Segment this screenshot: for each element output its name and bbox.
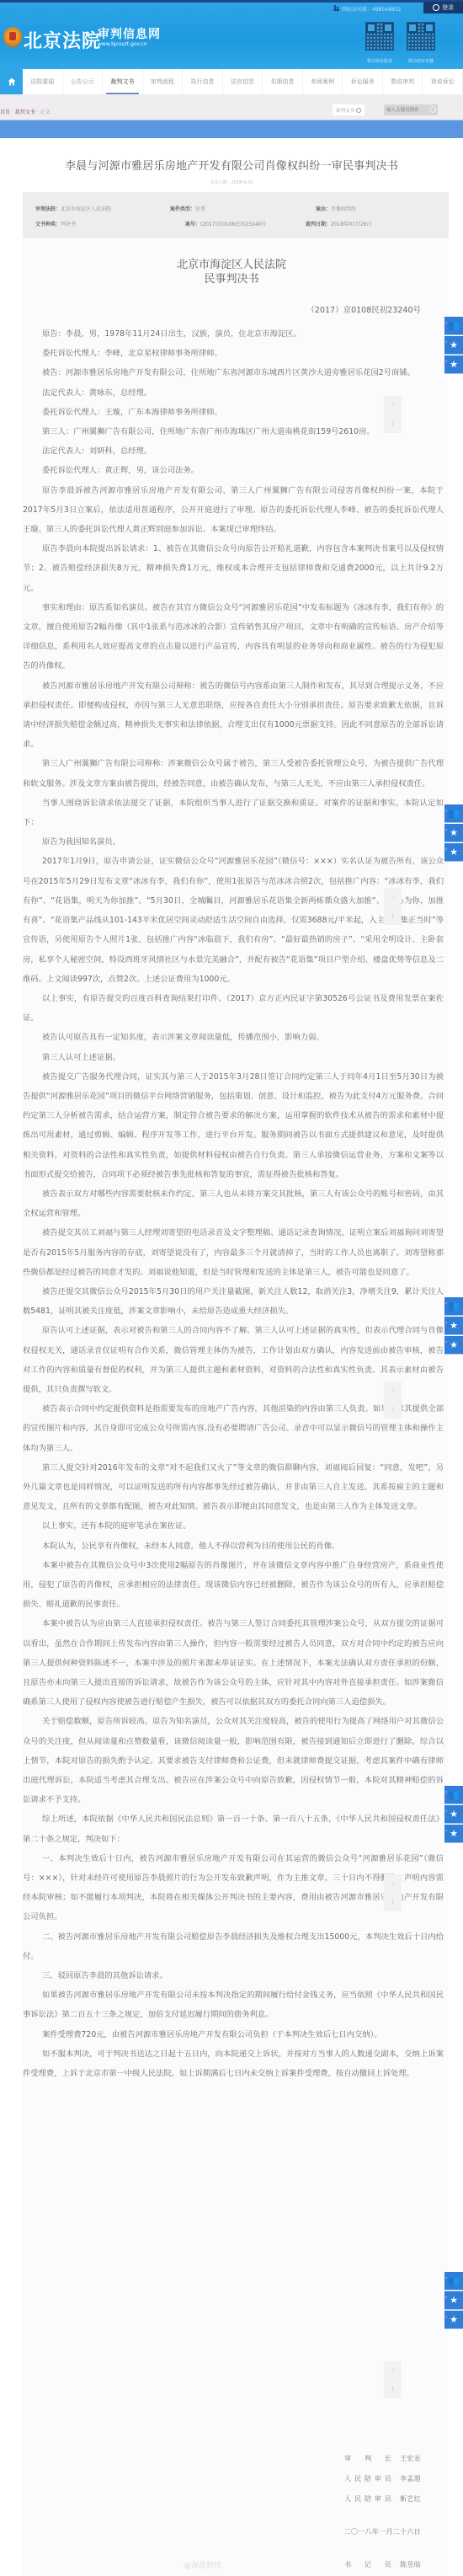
side-tab-favorite[interactable]: ★ (444, 336, 463, 355)
nav-item-video-litigation[interactable]: 视说诉讼 (423, 69, 463, 94)
paragraph-plaintiff-agent: 委托诉讼代理人：李峰，北京星权律师事务所律师。 (23, 344, 444, 363)
visit-count-text: 网站访问量：498548832 (342, 7, 401, 13)
paragraph: 原告为我国知名演员。 (23, 832, 444, 852)
nav-item-announcements[interactable]: 公告公示 (63, 69, 104, 94)
star-icon: ★ (450, 847, 458, 858)
user-group-icon: 👥 (448, 1301, 460, 1312)
site-logo-subtitle[interactable]: 审判信息网 www.bjcourt.gov.cn (98, 28, 161, 48)
paragraph: 第三人认可上述证据。 (23, 1048, 444, 1067)
star-icon: ★ (450, 339, 458, 350)
signature-juror-2: 人民陪审员靳艺红 (344, 2494, 421, 2504)
case-number: （2017）京0108民初23240号 (306, 303, 421, 315)
meta-label: 案由： (316, 206, 331, 212)
paragraph-third-party-agent: 委托诉讼代理人：黄正辉，男，该公司法务。 (23, 461, 444, 480)
paragraph-conclusion: 一、本判决生效后十日内，被告河源市雅居乐房地产开发有限公司在其运营的微信公众号“… (23, 1849, 444, 1927)
meta-label: 裁判日期： (306, 222, 331, 227)
signature-name: 靳艺红 (400, 2495, 421, 2503)
signature-role: 人民陪审员 (344, 2474, 391, 2483)
paragraph-defendant-rep: 法定代表人：黄咏东，总经理。 (23, 383, 444, 403)
user-group-icon: 👥 (448, 1789, 460, 1800)
star-icon: ★ (450, 1809, 458, 1820)
paragraph-defendant-agent: 委托诉讼代理人：王璇，广东本海律师事务所律师。 (23, 403, 444, 422)
star-icon: ★ (450, 1320, 458, 1331)
meta-label: 案件类型： (170, 206, 195, 212)
nav-item-litigation-services[interactable]: 诉讼服务 (343, 69, 383, 94)
meta-label: 文书种类： (35, 222, 61, 227)
side-tab-favorite[interactable]: ★ (444, 1805, 463, 1824)
qr-code-litigation[interactable] (365, 22, 394, 51)
paragraph: 2017年1月9日，原告申请公证，证实微信公众号“河源雅居乐花园”（微信号：××… (23, 852, 444, 988)
signature-date: 二〇一八年一月二十六日 (344, 2527, 421, 2536)
side-tab-favorite[interactable]: ★ (444, 824, 463, 842)
paragraph: 被告提交广告服务代理合同，证实其与第三人于2015年3月28日签订合同约定第三人… (23, 1067, 444, 1184)
meta-value: 2018年01月26日 (331, 222, 372, 227)
meta-label: 案号： (185, 222, 200, 227)
paragraph: 原告李晨诉被告河源市雅居乐房地产开发有限公司、第三人广州翼狮广告有限公司侵害肖像… (23, 481, 444, 540)
breadcrumb-judgments[interactable]: 裁判文书 (15, 110, 35, 115)
meta-case-type: 案件类型：民事 (170, 205, 205, 212)
meta-value: 判决书 (61, 222, 76, 227)
paragraph: 本案中被告认为应由第三人直接承担侵权责任。被告与第三人签订合同委托其管理涉案公众… (23, 1614, 444, 1712)
star-outline-icon[interactable]: ☆ (390, 1880, 395, 1887)
side-tab-favorite[interactable]: ★ (444, 355, 463, 374)
paragraph: 被告河源市雅居乐房地产开发有限公司辩称：被告的微信号内容系由第三人制作和发布，其… (23, 676, 444, 755)
star-icon: ★ (450, 827, 458, 838)
search-icon[interactable] (429, 106, 436, 113)
meta-value: 肖像权纠纷 (331, 206, 356, 212)
judgment-text: 原告：李晨，男，1978年11月24日出生，汉族，演员，住北京市海淀区。 委托诉… (23, 324, 444, 2083)
mini-toolbar: ☆⤓ (384, 1874, 402, 1911)
nav-item-trial-process[interactable]: 审判流程 (143, 69, 184, 94)
meta-label: 审理法院： (35, 206, 61, 212)
paragraph: 关于赔偿数额，原告所诉较高。原告为知名演员，公众对其关注度较高，被告的使用行为提… (23, 1712, 444, 1809)
side-tab-favorite[interactable]: ★ (444, 1825, 463, 1843)
qr-label-trial-live: 移动庭审直播 (400, 58, 442, 64)
user-group-icon: 👥 (448, 808, 460, 819)
search-category-select[interactable]: 裁判文书 (333, 104, 365, 115)
download-icon[interactable]: ⤓ (391, 1405, 394, 1413)
user-icon (433, 4, 439, 11)
signature-presiding-judge: 审判长王宏丞 (344, 2454, 421, 2463)
meta-doc-type: 文书种类：判决书 (35, 220, 76, 227)
meta-value: (2017)京0108民初23240号 (200, 222, 266, 227)
signature-role: 书记员 (344, 2560, 391, 2569)
paragraph: 本院认为，公民享有肖像权，未经本人同意，他人不得以营利为目的使用公民的肖像。 (23, 1537, 444, 1556)
nav-item-judges[interactable]: 法官信息 (223, 69, 263, 94)
main-nav: 法院要闻 公告公示 裁判文书 审判流程 执行信息 法官信息 名册信息 参阅案例 … (0, 69, 463, 94)
side-tab-user-group[interactable]: 👥 (444, 1786, 463, 1804)
nav-home-button[interactable] (0, 69, 23, 94)
side-tab-favorite[interactable]: ★ (444, 843, 463, 862)
download-icon[interactable]: ⤓ (391, 2385, 394, 2392)
paragraph: 被告认可原告具有一定知名度，表示涉案文章阅读量低，传播范围小，影响力弱。 (23, 1028, 444, 1047)
nav-item-court-news[interactable]: 法院要闻 (23, 69, 63, 94)
meta-cause: 案由：肖像权纠纷 (316, 205, 356, 212)
login-label: 登录 (442, 3, 454, 12)
side-tab-favorite[interactable]: ★ (444, 2311, 463, 2329)
paragraph: 以上事实，有原告提交的百度百科查询结果打印件、（2017）京方正内民证字第305… (23, 989, 444, 1028)
star-outline-icon[interactable]: ☆ (390, 402, 395, 409)
paragraph: 被告还提交其微信公众号2015年5月30日的用户关注量截图，新关注人数12，取消… (23, 1282, 444, 1321)
paragraph: 被告提交其员工刘福与第三人经理刘寄望的电话录音及文字整理稿、通话记录查询情况，证… (23, 1223, 444, 1282)
home-icon (8, 77, 16, 86)
doc-type-heading: 民事判决书 (0, 272, 463, 286)
verdict-item-1: 二、被告河源市雅居乐房地产开发有限公司赔偿原告李晨经济损失及维权合理支出1500… (23, 1927, 444, 1966)
star-icon: ★ (450, 359, 458, 370)
court-emblem-icon[interactable] (3, 27, 22, 47)
paragraph-third-party: 第三人：广州翼狮广告有限公司，住所地广东省广州市海珠区广州大道南桃花街159号2… (23, 422, 444, 441)
paragraph: 事实和理由：原告系知名演员。被告在其官方微信公众号“河源雅居乐花园”中发布标题为… (23, 598, 444, 676)
signature-name: 陈昱晗 (400, 2561, 421, 2568)
weibo-watermark: @深蓝财经 (184, 2559, 221, 2570)
paragraph: 综上所述，本院依据《中华人民共和国民法总则》第一百一十条、第一百八十五条，《中华… (23, 1809, 444, 1848)
paragraph: 以上事实，还有本院的庭审笔录在案佐证。 (23, 1516, 444, 1536)
signature-clerk: 书记员陈昱晗 (344, 2560, 421, 2569)
visit-counter: 网站访问量：498548832 (333, 5, 401, 13)
paragraph-defendant: 被告：河源市雅居乐房地产开发有限公司，住所地广东省河源市东城西片区黄沙大道旁雅居… (23, 363, 444, 382)
meta-case-no: 案号：(2017)京0108民初23240号 (185, 220, 266, 227)
signature-name: 李孟超 (400, 2475, 421, 2482)
logo-divider (91, 30, 92, 47)
meta-judgment-date: 裁判日期：2018年01月26日 (306, 220, 372, 227)
verdict-item-2: 三、驳回原告李晨的其他诉讼请求。 (23, 1966, 444, 1985)
star-outline-icon[interactable]: ☆ (390, 2367, 395, 2374)
document-title: 李晨与河源市雅居乐房地产开发有限公司肖像权纠纷一审民事判决书 (0, 157, 463, 173)
signature-role: 人民陪审员 (344, 2494, 391, 2504)
star-outline-icon[interactable]: ☆ (390, 894, 395, 901)
star-icon: ★ (450, 1339, 458, 1350)
side-tab-user-group[interactable]: 👥 (444, 317, 463, 335)
publish-date: 发布日期：2018-9-20 (0, 179, 463, 185)
search-category-label: 裁判文书 (336, 107, 354, 114)
paragraph: 本案中被告在其微信公众号中3次使用2幅原告的肖像图片，并在该微信文章内容中推广自… (23, 1556, 444, 1615)
nav-item-data-trials[interactable]: 数说审判 (383, 69, 423, 94)
side-tab-user-group[interactable]: 👥 (444, 804, 463, 823)
breadcrumb: 首页 · 裁判文书 · 正文 (0, 108, 51, 115)
mini-toolbar: ☆⤓ (384, 2361, 402, 2398)
mini-toolbar: ☆⤓ (384, 396, 402, 433)
nav-item-rosters[interactable]: 名册信息 (263, 69, 303, 94)
paragraph: 第三人提交针对2016年发布的文章“对不起我们又火了”等文章的微信群聊内容，刘福… (23, 1458, 444, 1517)
site-logo-title[interactable]: 北京法院 (24, 27, 101, 53)
meta-court: 审理法院：北京市海淀区人民法院 (35, 205, 111, 212)
breadcrumb-current: 正文 (40, 110, 51, 115)
section-banner (0, 120, 463, 138)
paragraph: 原告李晨向本院提出诉讼请求：1、被告在其微信公众号向原告公开赔礼道歉，内容包含本… (23, 539, 444, 598)
qr-code-trial-live[interactable] (407, 22, 435, 51)
side-tab-user-group[interactable]: 👥 (444, 1297, 463, 1316)
download-icon[interactable]: ⤓ (391, 1898, 394, 1905)
user-group-icon: 👥 (448, 320, 460, 331)
star-icon: ★ (450, 1828, 458, 1839)
case-meta-box: 审理法院：北京市海淀区人民法院 案件类型：民事 案由：肖像权纠纷 文书种类：判决… (23, 192, 449, 238)
paragraph: 当事人围绕诉讼请求依法提交了证据，本院组织当事人进行了证据交换和质证。对案件的证… (23, 794, 444, 832)
login-button[interactable]: 登录 (423, 2, 463, 13)
verdict-item-3: 如果被告河源市雅居乐房地产开发有限公司未按本判决指定的期间履行给付金钱义务，应当… (23, 1985, 444, 2024)
download-icon[interactable]: ⤓ (391, 420, 394, 427)
nav-item-judgments[interactable]: 裁判文书 (103, 69, 143, 94)
download-icon[interactable]: ⤓ (391, 911, 394, 919)
side-tab-favorite[interactable]: ★ (444, 1317, 463, 1335)
bar-chart-icon (333, 6, 339, 11)
site-header: 北京法院 审判信息网 www.bjcourt.gov.cn 网站访问量：4985… (0, 0, 463, 69)
star-icon: ★ (450, 2314, 458, 2325)
paragraph: 被告表示双方对哪些内容需要批核未作约定，第三人也从未将方案交其批核，第三人有该公… (23, 1184, 444, 1223)
site-subtitle: 审判信息网 (98, 28, 161, 41)
signature-role: 审判长 (344, 2454, 391, 2463)
paragraph: 第三人广州翼狮广告有限公司辩称：涉案微信公众号属于被告，第三人受被告委托管理公众… (23, 754, 444, 793)
star-outline-icon[interactable]: ☆ (390, 1387, 395, 1394)
mini-toolbar: ☆⤓ (384, 888, 402, 925)
site-url: www.bjcourt.gov.cn (98, 41, 161, 48)
side-tab-user-group[interactable]: 👥 (444, 2272, 463, 2290)
paragraph-plaintiff: 原告：李晨，男，1978年11月24日出生，汉族，演员，住北京市海淀区。 (23, 324, 444, 344)
user-group-icon: 👥 (448, 2275, 460, 2286)
paragraph-third-party-rep: 法定代表人：刘妍科，总经理。 (23, 441, 444, 461)
meta-value: 民事 (195, 206, 205, 212)
court-name: 北京市海淀区人民法院 (0, 258, 463, 272)
header-topline (0, 0, 463, 3)
side-tab-favorite[interactable]: ★ (444, 1336, 463, 1355)
paragraph-fees: 如不服本判决，可于判决书送达之日起十五日内，向本院递交上诉状，并按对方当事人的人… (23, 2044, 444, 2083)
signature-name: 王宏丞 (400, 2455, 421, 2462)
star-icon: ★ (450, 2295, 458, 2306)
court-heading: 北京市海淀区人民法院 民事判决书 (0, 258, 463, 286)
side-tab-favorite[interactable]: ★ (444, 2291, 463, 2310)
nav-item-reference-cases[interactable]: 参阅案例 (303, 69, 343, 94)
nav-item-enforcement[interactable]: 执行信息 (183, 69, 223, 94)
signature-juror-1: 人民陪审员李孟超 (344, 2474, 421, 2483)
chevron-down-icon (356, 108, 361, 113)
paragraph: 被告表示合同中约定提供资料是指需要发布的房地产广告内容，其他渲染的内容由第三人负… (23, 1399, 444, 1458)
breadcrumb-home[interactable]: 首页 (0, 110, 10, 115)
mini-toolbar: ☆⤓ (384, 1382, 402, 1419)
meta-value: 北京市海淀区人民法院 (61, 206, 111, 212)
qr-label-litigation: 移动诉讼服务 (359, 58, 401, 64)
paragraph: 案件受理费720元，由被告河源市雅居乐房地产开发有限公司负担（于本判决生效后七日… (23, 2025, 444, 2044)
paragraph: 原告认可上述证据，表示对被告和第三人的合同内容不了解。第三人认可上述证据的真实性… (23, 1321, 444, 1399)
